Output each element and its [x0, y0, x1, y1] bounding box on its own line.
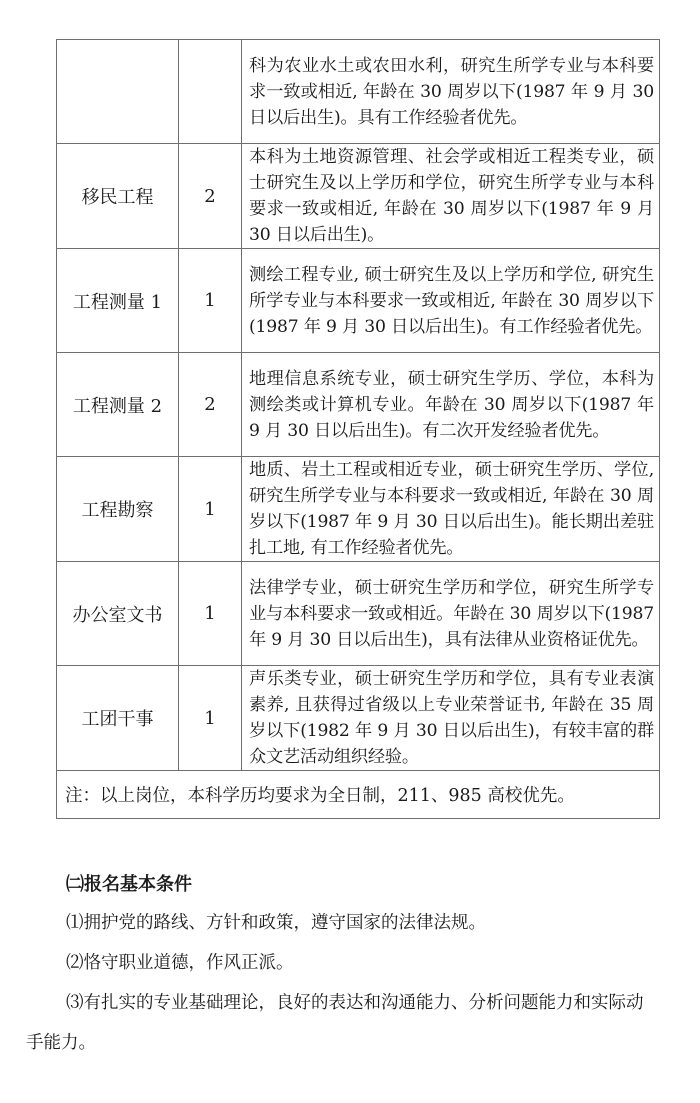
position-name: 办公室文书 — [57, 562, 179, 666]
position-requirement: 测绘工程专业, 硕士研究生及以上学历和学位, 研究生所学专业与本科要求一致或相近… — [242, 249, 660, 353]
position-count: 2 — [179, 353, 242, 457]
table-row: 办公室文书 1 法律学专业，硕士研究生学历和学位，研究生所学专业与本科要求一致或… — [57, 562, 660, 666]
table-row: 移民工程 2 本科为土地资源管理、社会学或相近工程类专业，硕士研究生及以上学历和… — [57, 144, 660, 249]
position-requirement: 法律学专业，硕士研究生学历和学位，研究生所学专业与本科要求一致或相近。年龄在 3… — [242, 562, 660, 666]
position-requirement: 科为农业水土或农田水利，研究生所学专业与本科要求一致或相近, 年龄在 30 周岁… — [242, 40, 660, 144]
position-requirement: 声乐类专业，硕士研究生学历和学位，具有专业表演素养, 且获得过省级以上专业荣誉证… — [242, 666, 660, 771]
table-note: 注：以上岗位，本科学历均要求为全日制，211、985 高校优先。 — [57, 771, 660, 819]
table-row: 工程测量 2 2 地理信息系统专业，硕士研究生学历、学位，本科为测绘类或计算机专… — [57, 353, 660, 457]
position-name: 工程测量 2 — [57, 353, 179, 457]
condition-item: ⑴拥护党的路线、方针和政策，遵守国家的法律法规。 — [26, 903, 646, 943]
position-name: 工程测量 1 — [57, 249, 179, 353]
position-name: 工程勘察 — [57, 457, 179, 562]
condition-item: ⑵恪守职业道德，作风正派。 — [26, 943, 646, 983]
positions-table: 科为农业水土或农田水利，研究生所学专业与本科要求一致或相近, 年龄在 30 周岁… — [56, 39, 660, 819]
table-note-row: 注：以上岗位，本科学历均要求为全日制，211、985 高校优先。 — [57, 771, 660, 819]
position-name: 工团干事 — [57, 666, 179, 771]
position-count: 1 — [179, 562, 242, 666]
section-heading: ㈡报名基本条件 — [66, 870, 646, 900]
registration-conditions-section: ㈡报名基本条件 ⑴拥护党的路线、方针和政策，遵守国家的法律法规。 ⑵恪守职业道德… — [26, 870, 646, 1063]
position-count — [179, 40, 242, 144]
position-count: 1 — [179, 249, 242, 353]
position-requirement: 地质、岩土工程或相近专业，硕士研究生学历、学位, 研究生所学专业与本科要求一致或… — [242, 457, 660, 562]
condition-item: ⑶有扎实的专业基础理论，良好的表达和沟通能力、分析问题能力和实际动手能力。 — [26, 983, 646, 1063]
position-requirement: 地理信息系统专业，硕士研究生学历、学位，本科为测绘类或计算机专业。年龄在 30 … — [242, 353, 660, 457]
table-row: 工团干事 1 声乐类专业，硕士研究生学历和学位，具有专业表演素养, 且获得过省级… — [57, 666, 660, 771]
position-count: 1 — [179, 666, 242, 771]
position-count: 2 — [179, 144, 242, 249]
table-row: 科为农业水土或农田水利，研究生所学专业与本科要求一致或相近, 年龄在 30 周岁… — [57, 40, 660, 144]
position-count: 1 — [179, 457, 242, 562]
table-row: 工程测量 1 1 测绘工程专业, 硕士研究生及以上学历和学位, 研究生所学专业与… — [57, 249, 660, 353]
table-row: 工程勘察 1 地质、岩土工程或相近专业，硕士研究生学历、学位, 研究生所学专业与… — [57, 457, 660, 562]
position-name: 移民工程 — [57, 144, 179, 249]
position-requirement: 本科为土地资源管理、社会学或相近工程类专业，硕士研究生及以上学历和学位，研究生所… — [242, 144, 660, 249]
position-name — [57, 40, 179, 144]
